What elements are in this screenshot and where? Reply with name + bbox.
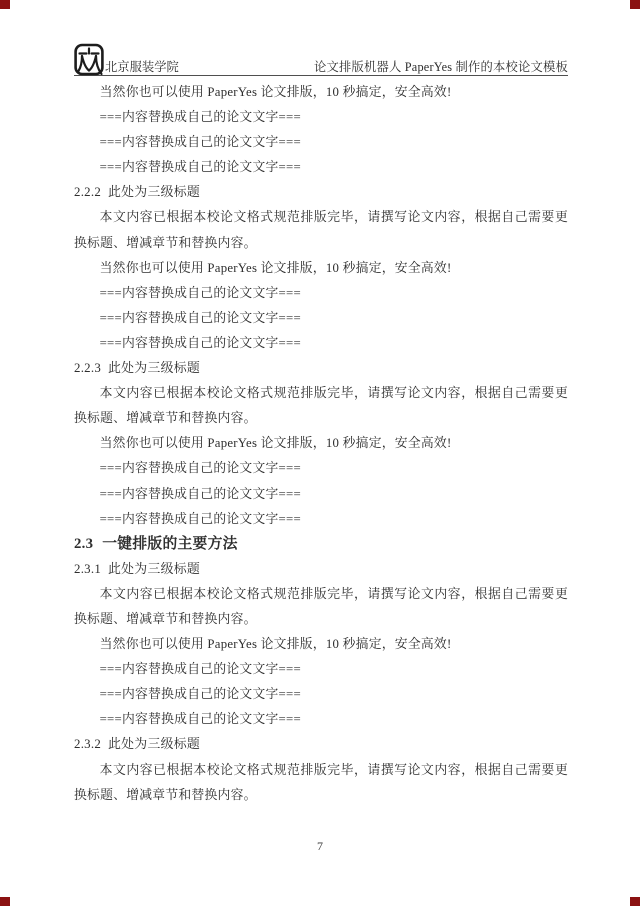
subsection-heading: 2.2.3此处为三级标题 [74, 356, 568, 381]
page-number: 7 [0, 839, 640, 854]
subsection-heading: 2.2.2此处为三级标题 [74, 180, 568, 205]
heading-title: 此处为三级标题 [108, 185, 200, 199]
body-paragraph: 本文内容已根据本校论文格式规范排版完毕，请撰写论文内容，根据自己需要更换标题、增… [74, 582, 568, 632]
body-paragraph: 本文内容已根据本校论文格式规范排版完毕，请撰写论文内容，根据自己需要更换标题、增… [74, 381, 568, 431]
heading-number: 2.3.2 [74, 737, 101, 751]
heading-number: 2.2.2 [74, 185, 101, 199]
document-body: 当然你也可以使用 PaperYes 论文排版，10 秒搞定，安全高效!===内容… [74, 80, 568, 808]
heading-number: 2.2.3 [74, 361, 101, 375]
placeholder-line: ===内容替换成自己的论文文字=== [74, 105, 568, 130]
corner-mark-top-left [0, 0, 10, 9]
heading-title: 此处为三级标题 [108, 361, 200, 375]
placeholder-line: ===内容替换成自己的论文文字=== [74, 306, 568, 331]
placeholder-line: ===内容替换成自己的论文文字=== [74, 507, 568, 532]
body-paragraph: 当然你也可以使用 PaperYes 论文排版，10 秒搞定，安全高效! [74, 80, 568, 105]
placeholder-line: ===内容替换成自己的论文文字=== [74, 657, 568, 682]
school-name: 北京服装学院 [105, 60, 179, 75]
subsection-heading: 2.3.2此处为三级标题 [74, 732, 568, 757]
placeholder-line: ===内容替换成自己的论文文字=== [74, 682, 568, 707]
corner-mark-bottom-left [0, 897, 10, 906]
header-doc-title: 论文排版机器人 PaperYes 制作的本校论文模板 [314, 60, 568, 75]
placeholder-line: ===内容替换成自己的论文文字=== [74, 155, 568, 180]
placeholder-line: ===内容替换成自己的论文文字=== [74, 281, 568, 306]
heading-number: 2.3 [74, 536, 93, 552]
body-paragraph: 本文内容已根据本校论文格式规范排版完毕，请撰写论文内容，根据自己需要更换标题、增… [74, 758, 568, 808]
heading-title: 一键排版的主要方法 [102, 536, 237, 552]
corner-mark-bottom-right [630, 897, 640, 906]
document-page: 北京服装学院 论文排版机器人 PaperYes 制作的本校论文模板 当然你也可以… [0, 0, 640, 906]
body-paragraph: 当然你也可以使用 PaperYes 论文排版，10 秒搞定，安全高效! [74, 256, 568, 281]
header-left: 北京服装学院 [74, 43, 179, 75]
heading-number: 2.3.1 [74, 562, 101, 576]
section-heading: 2.3一键排版的主要方法 [74, 532, 568, 557]
placeholder-line: ===内容替换成自己的论文文字=== [74, 707, 568, 732]
heading-title: 此处为三级标题 [108, 737, 200, 751]
subsection-heading: 2.3.1此处为三级标题 [74, 557, 568, 582]
page-header: 北京服装学院 论文排版机器人 PaperYes 制作的本校论文模板 [74, 33, 568, 76]
placeholder-line: ===内容替换成自己的论文文字=== [74, 456, 568, 481]
placeholder-line: ===内容替换成自己的论文文字=== [74, 331, 568, 356]
corner-mark-top-right [630, 0, 640, 9]
placeholder-line: ===内容替换成自己的论文文字=== [74, 482, 568, 507]
school-logo-icon [74, 43, 104, 78]
body-paragraph: 本文内容已根据本校论文格式规范排版完毕，请撰写论文内容，根据自己需要更换标题、增… [74, 205, 568, 255]
heading-title: 此处为三级标题 [108, 562, 200, 576]
body-paragraph: 当然你也可以使用 PaperYes 论文排版，10 秒搞定，安全高效! [74, 431, 568, 456]
placeholder-line: ===内容替换成自己的论文文字=== [74, 130, 568, 155]
body-paragraph: 当然你也可以使用 PaperYes 论文排版，10 秒搞定，安全高效! [74, 632, 568, 657]
